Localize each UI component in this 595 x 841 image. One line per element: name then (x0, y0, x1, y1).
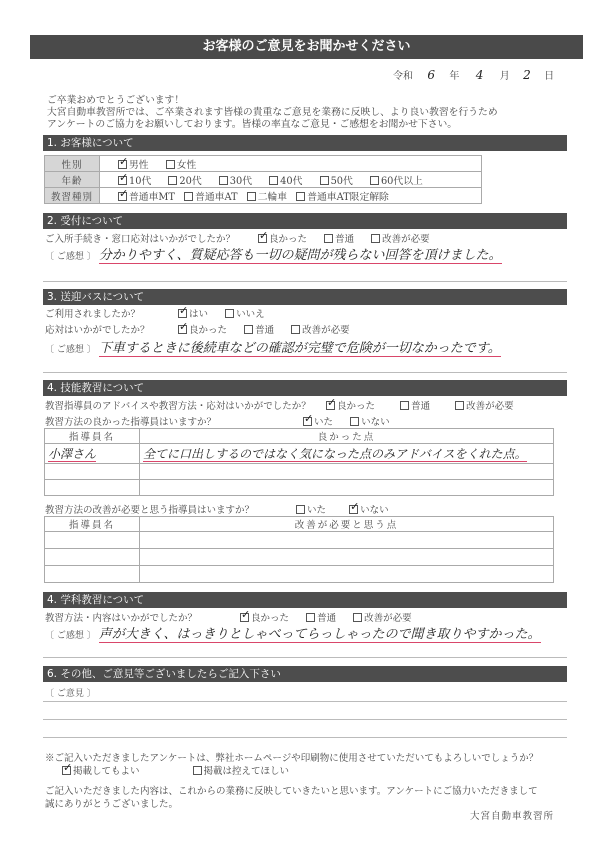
improve-point-field[interactable] (140, 566, 554, 583)
reception-question: ご入所手続き・窓口応対はいかがでしたか？ 良かった 普通 改善が必要 (45, 231, 444, 245)
option-male[interactable]: 男性 (118, 157, 149, 171)
intro-line: ご卒業おめでとうございます！ (47, 95, 587, 107)
option-age-40s[interactable]: 40代 (269, 173, 302, 187)
instructor-name-field[interactable] (45, 566, 140, 583)
closing-line: 誠にありがとうございました。 (45, 798, 538, 811)
checkbox-icon[interactable] (225, 309, 234, 318)
option-age-60s-plus[interactable]: 60代以上 (370, 173, 423, 187)
improve-instructor-table: 指導員名 改善が必要と思う点 (44, 516, 554, 583)
checkbox-checked-icon[interactable] (326, 401, 335, 410)
option-normal[interactable]: 普通 (244, 322, 274, 336)
option-needs-improvement[interactable]: 改善が必要 (371, 231, 430, 245)
checkbox-checked-icon[interactable] (178, 309, 187, 318)
table-header-row: 指導員名 良かった点 (45, 429, 554, 444)
date-era: 令和 (393, 67, 413, 82)
checkbox-icon[interactable] (244, 325, 253, 334)
customer-info-table: 性別 男性 女性 年齢 10代 20代 30代 40代 50代 60代以上 教習… (44, 155, 482, 204)
instructor-name-field[interactable] (45, 480, 140, 496)
checkbox-checked-icon[interactable] (118, 160, 127, 169)
reception-comment-row: 〔 ご感想 〕 分かりやすく、質疑応答も一切の疑問が残らない回答を頂けました。 (45, 244, 570, 263)
bus-comment-row: 〔 ご感想 〕 下車するときに後続車などの確認が完璧で危険が一切なかったです。 (45, 337, 590, 356)
option-needs-improvement[interactable]: 改善が必要 (291, 322, 350, 336)
label-course: 教習種別 (45, 188, 100, 204)
checkbox-icon[interactable] (193, 766, 202, 775)
section-bus-header: 3. 送迎バスについて (43, 289, 567, 305)
option-normal[interactable]: 普通 (400, 398, 430, 412)
form-title: お客様のご意見をお聞かせください (30, 35, 583, 59)
good-point-field[interactable] (140, 480, 554, 496)
option-good[interactable]: 良かった (178, 322, 227, 336)
option-no[interactable]: いいえ (225, 306, 265, 320)
classroom-comment-row: 〔 ご感想 〕 声が大きく、はっきりとしゃべってらっしゃったので聞き取りやすかっ… (45, 623, 570, 642)
checkbox-checked-icon[interactable] (62, 766, 71, 775)
checkbox-icon[interactable] (291, 325, 300, 334)
option-needs-improvement[interactable]: 改善が必要 (353, 610, 412, 624)
checkbox-icon[interactable] (247, 192, 256, 201)
date-row: 令和 6 年 4 月 2 日 (393, 67, 554, 82)
checkbox-icon[interactable] (166, 160, 175, 169)
good-point-field[interactable]: 全てに口出しするのではなく気になった点のみアドバイスをくれた点。 (143, 447, 527, 462)
date-year-unit: 年 (449, 67, 459, 82)
checkbox-icon[interactable] (371, 234, 380, 243)
date-month-field[interactable]: 4 (463, 68, 497, 82)
section-practical-header: 4. 技能教習について (43, 380, 567, 396)
instructor-name-field[interactable]: 小澤さん (48, 447, 96, 462)
date-day-unit: 日 (544, 67, 554, 82)
option-female[interactable]: 女性 (166, 157, 197, 171)
checkbox-checked-icon[interactable] (118, 176, 127, 185)
row-course: 教習種別 普通車MT 普通車AT 二輪車 普通車AT限定解除 (45, 188, 482, 204)
opinion-line[interactable] (43, 719, 567, 720)
instructor-name-field[interactable] (45, 464, 140, 480)
option-was-not[interactable]: いない (349, 502, 389, 516)
column-header: 指導員名 (45, 429, 140, 444)
label-gender: 性別 (45, 156, 100, 172)
option-allow-publish[interactable]: 掲載してもよい (62, 763, 140, 777)
checkbox-icon[interactable] (168, 176, 177, 185)
checkbox-icon[interactable] (296, 505, 305, 514)
column-header: 良かった点 (140, 429, 554, 444)
checkbox-icon[interactable] (219, 176, 228, 185)
instructor-name-field[interactable] (45, 532, 140, 549)
table-row (45, 566, 554, 583)
divider (43, 372, 567, 373)
date-year-field[interactable]: 6 (416, 68, 446, 82)
date-day-field[interactable]: 2 (513, 68, 541, 82)
improve-instructor-question: 教習方法の改善が必要と思う指導員はいますか？ いた いない (45, 502, 403, 516)
option-age-10s[interactable]: 10代 (118, 173, 151, 187)
option-yes-was[interactable]: いた (296, 502, 326, 516)
column-header: 指導員名 (45, 517, 140, 532)
comment-label: 〔 ご感想 〕 (45, 252, 96, 262)
row-gender: 性別 男性 女性 (45, 156, 482, 172)
intro-line: 大宮自動車教習所では、ご卒業されます皆様の貴重なご意見を業務に反映し、より良い教… (47, 107, 587, 119)
bus-used-question: ご利用されましたか？ はい いいえ (45, 306, 279, 320)
bus-service-question: 応対はいかがでしたか？ 良かった 普通 改善が必要 (45, 322, 364, 336)
checkbox-icon[interactable] (353, 613, 362, 622)
checkbox-icon[interactable] (455, 401, 464, 410)
improve-point-field[interactable] (140, 549, 554, 566)
divider (43, 281, 567, 282)
section-customer-header: 1. お客様について (43, 135, 567, 151)
row-age: 年齢 10代 20代 30代 40代 50代 60代以上 (45, 172, 482, 188)
consent-question: ※ご記入いただきましたアンケートは、弊社ホームページや印刷物に使用させていただい… (45, 750, 538, 764)
checkbox-icon[interactable] (350, 417, 359, 426)
option-decline-publish[interactable]: 掲載は控えてほしい (193, 763, 290, 777)
instructor-name-field[interactable] (45, 549, 140, 566)
table-row: 小澤さん 全てに口出しするのではなく気になった点のみアドバイスをくれた点。 (45, 444, 554, 464)
closing-text: ご記入いただきました内容は、これからの業務に反映していきたいと思います。アンケー… (45, 785, 538, 811)
checkbox-checked-icon[interactable] (349, 505, 358, 514)
consent-options: 掲載してもよい 掲載は控えてほしい (62, 763, 303, 777)
section-other-header: 6. その他、ご意見等ございましたらご記入下さい (43, 666, 567, 682)
classroom-question: 教習方法・内容はいかがでしたか？ 良かった 普通 改善が必要 (45, 610, 426, 624)
section-reception-header: 2. 受付について (43, 213, 567, 229)
table-row (45, 480, 554, 496)
comment-label: 〔 ご感想 〕 (45, 345, 96, 355)
checkbox-icon[interactable] (400, 401, 409, 410)
opinion-line[interactable] (43, 737, 567, 738)
checkbox-icon[interactable] (269, 176, 278, 185)
checkbox-checked-icon[interactable] (118, 192, 127, 201)
closing-line: ご記入いただきました内容は、これからの業務に反映していきたいと思います。アンケー… (45, 785, 538, 798)
checkbox-checked-icon[interactable] (240, 613, 249, 622)
checkbox-icon[interactable] (320, 176, 329, 185)
option-at[interactable]: 普通車AT (184, 189, 237, 203)
checkbox-checked-icon[interactable] (178, 325, 187, 334)
divider (43, 657, 567, 658)
opinion-line[interactable] (43, 701, 567, 702)
checkbox-icon[interactable] (370, 176, 379, 185)
intro-line: アンケートのご協力をお願いしております。皆様の率直なご意見・ご感想をお聞かせ下さ… (47, 119, 587, 131)
table-row (45, 532, 554, 549)
option-mt[interactable]: 普通車MT (118, 189, 175, 203)
option-good[interactable]: 良かった (240, 610, 289, 624)
table-header-row: 指導員名 改善が必要と思う点 (45, 517, 554, 532)
option-age-20s[interactable]: 20代 (168, 173, 201, 187)
good-instructor-table: 指導員名 良かった点 小澤さん 全てに口出しするのではなく気になった点のみアドバ… (44, 428, 554, 496)
option-needs-improvement[interactable]: 改善が必要 (455, 398, 514, 412)
comment-label: 〔 ご感想 〕 (45, 631, 96, 641)
opinion-label: 〔 ご意見 〕 (45, 686, 96, 699)
checkbox-icon[interactable] (324, 234, 333, 243)
checkbox-icon[interactable] (296, 192, 305, 201)
column-header: 改善が必要と思う点 (140, 517, 554, 532)
table-row (45, 464, 554, 480)
option-age-50s[interactable]: 50代 (320, 173, 353, 187)
option-normal[interactable]: 普通 (306, 610, 336, 624)
intro-text: ご卒業おめでとうございます！ 大宮自動車教習所では、ご卒業されます皆様の貴重なご… (47, 95, 587, 131)
option-normal[interactable]: 普通 (324, 231, 354, 245)
option-motorcycle[interactable]: 二輪車 (247, 189, 287, 203)
date-month-unit: 月 (500, 67, 510, 82)
table-row (45, 549, 554, 566)
good-instructor-question: 教習方法の良かった指導員はいますか？ いた いない (45, 414, 404, 428)
option-good[interactable]: 良かった (258, 231, 307, 245)
school-signature: 大宮自動車教習所 (470, 808, 554, 822)
checkbox-icon[interactable] (184, 192, 193, 201)
option-at-limit-removal[interactable]: 普通車AT限定解除 (296, 189, 389, 203)
improve-point-field[interactable] (140, 532, 554, 549)
label-age: 年齢 (45, 172, 100, 188)
checkbox-icon[interactable] (306, 613, 315, 622)
checkbox-checked-icon[interactable] (258, 234, 267, 243)
checkbox-checked-icon[interactable] (303, 417, 312, 426)
option-good[interactable]: 良かった (326, 398, 375, 412)
option-was-not[interactable]: いない (350, 414, 390, 428)
instructor-question: 教習指導員のアドバイスや教習方法・応対はいかがでしたか？ 良かった 普通 改善が… (45, 398, 528, 412)
reception-comment-field[interactable]: 分かりやすく、質疑応答も一切の疑問が残らない回答を頂けました。 (99, 248, 502, 264)
good-point-field[interactable] (140, 464, 554, 480)
option-yes-was[interactable]: いた (303, 414, 333, 428)
option-age-30s[interactable]: 30代 (219, 173, 252, 187)
section-classroom-header: 4. 学科教習について (43, 592, 567, 608)
bus-comment-field[interactable]: 下車するときに後続車などの確認が完璧で危険が一切なかったです。 (99, 341, 501, 357)
classroom-comment-field[interactable]: 声が大きく、はっきりとしゃべってらっしゃったので聞き取りやすかった。 (99, 627, 541, 643)
option-yes[interactable]: はい (178, 306, 208, 320)
